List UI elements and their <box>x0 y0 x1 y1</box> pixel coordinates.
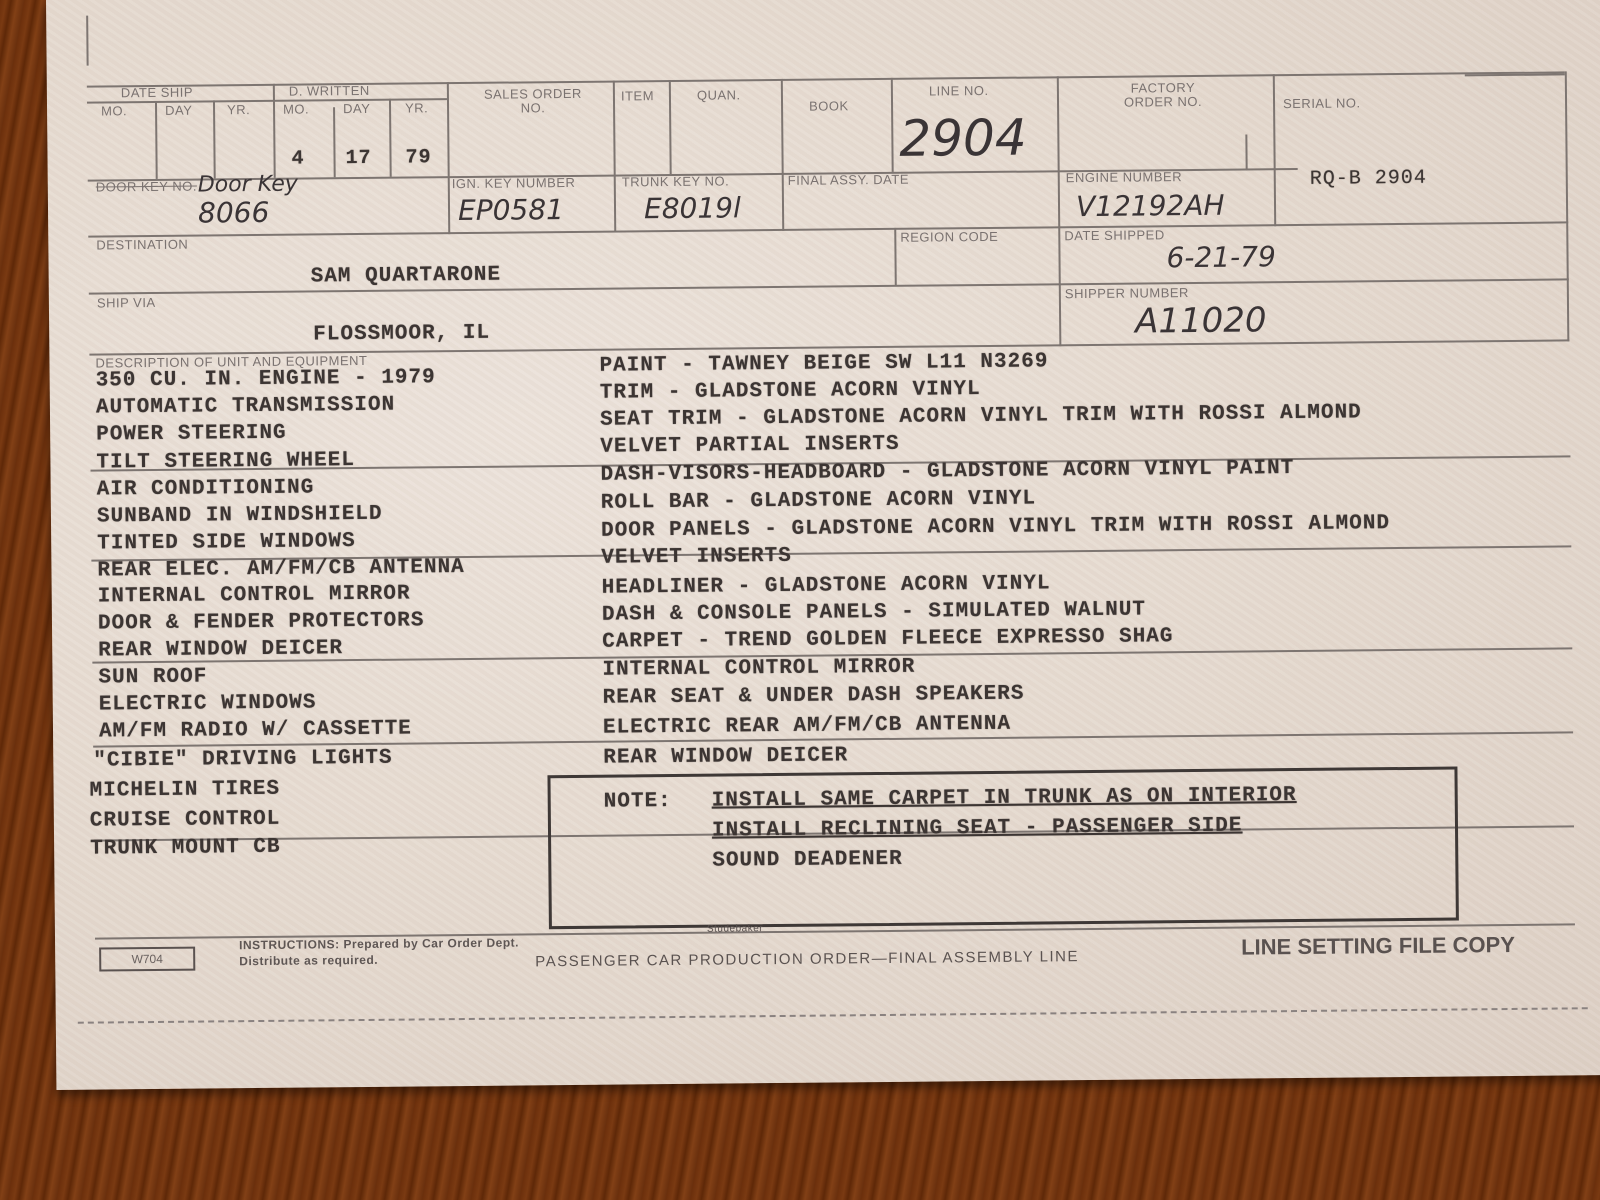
trim-item: VELVET INSERTS <box>601 545 792 570</box>
rule <box>155 101 158 179</box>
ship-via-value: FLOSSMOOR, IL <box>313 322 490 347</box>
brand-mark: Studebaker <box>707 923 763 935</box>
equipment-item: AIR CONDITIONING <box>97 476 315 501</box>
serial-no-label: SERIAL NO. <box>1283 95 1361 111</box>
trim-item: SEAT TRIM - GLADSTONE ACORN VINYL TRIM W… <box>600 401 1362 431</box>
door-key-note: Door Key <box>198 172 298 198</box>
distribution-text: Distribute as required. <box>239 953 378 968</box>
equipment-item: TRUNK MOUNT CB <box>90 836 281 861</box>
note-label: NOTE: <box>604 790 672 814</box>
ign-key-value: EP0581 <box>458 193 564 227</box>
rule <box>1565 71 1570 341</box>
rule <box>213 100 216 178</box>
trim-item: ELECTRIC REAR AM/FM/CB ANTENNA <box>603 713 1011 740</box>
ign-key-label: IGN. KEY NUMBER <box>452 175 576 191</box>
rule <box>1057 76 1062 346</box>
copy-type: LINE SETTING FILE COPY <box>1241 932 1515 961</box>
perforation-line <box>78 1007 1588 1023</box>
written-mo-label: MO. <box>283 101 309 116</box>
equipment-item: ELECTRIC WINDOWS <box>99 691 317 716</box>
date-shipped-field-label: DATE SHIPPED <box>1064 227 1165 243</box>
equipment-item: AM/FM RADIO W/ CASSETTE <box>99 718 412 744</box>
trim-item: CARPET - TREND GOLDEN FLEECE EXPRESSO SH… <box>602 625 1173 653</box>
trim-item: TRIM - GLADSTONE ACORN VINYL <box>600 378 981 405</box>
door-key-value: 8066 <box>198 196 270 230</box>
written-day-label: DAY <box>343 101 370 116</box>
date-written-label: D. WRITTEN <box>289 83 370 99</box>
equipment-item: REAR WINDOW DEICER <box>98 637 343 662</box>
trim-item: HEADLINER - GLADSTONE ACORN VINYL <box>602 572 1051 599</box>
equipment-item: TILT STEERING WHEEL <box>96 449 355 474</box>
trim-item: INTERNAL CONTROL MIRROR <box>602 656 915 682</box>
form-code: W704 <box>99 947 195 972</box>
rule <box>669 80 672 174</box>
region-code-label: REGION CODE <box>900 229 998 245</box>
destination-value: SAM QUARTARONE <box>311 264 502 289</box>
instructions-text: INSTRUCTIONS: Prepared by Car Order Dept… <box>239 936 519 953</box>
equipment-item: POWER STEERING <box>96 422 287 447</box>
engine-number-label: ENGINE NUMBER <box>1066 169 1182 185</box>
ship-mo-label: MO. <box>101 103 127 118</box>
serial-no-value: RQ-B 2904 <box>1310 167 1427 191</box>
destination-label: DESTINATION <box>96 237 188 253</box>
equipment-item: INTERNAL CONTROL MIRROR <box>98 583 411 609</box>
rule <box>447 82 450 234</box>
trim-item: REAR SEAT & UNDER DASH SPEAKERS <box>603 683 1025 710</box>
ship-via-label: SHIP VIA <box>97 295 156 311</box>
equipment-item: DOOR & FENDER PROTECTORS <box>98 609 425 635</box>
item-label: ITEM <box>621 88 654 103</box>
date-shipped-value: 6-21-79 <box>1166 240 1276 274</box>
equipment-item: CRUISE CONTROL <box>90 808 281 833</box>
trim-item: REAR WINDOW DEICER <box>603 744 848 769</box>
quan-label: QUAN. <box>697 87 741 102</box>
line-no-value: 2904 <box>899 109 1027 168</box>
sales-order-label: SALES ORDER NO. <box>473 87 593 116</box>
equipment-item: "CIBIE" DRIVING LIGHTS <box>93 747 392 773</box>
equipment-item: SUNBAND IN WINDSHIELD <box>97 503 383 529</box>
rule <box>273 84 276 178</box>
trim-item: DASH & CONSOLE PANELS - SIMULATED WALNUT <box>602 598 1146 626</box>
equipment-item: SUN ROOF <box>98 665 207 689</box>
factory-order-label: FACTORY ORDER NO. <box>1113 81 1213 110</box>
form-title: PASSENGER CAR PRODUCTION ORDER—FINAL ASS… <box>535 948 1079 970</box>
rule <box>1273 74 1276 226</box>
trunk-key-label: TRUNK KEY NO. <box>622 173 730 189</box>
final-assy-label: FINAL ASSY. DATE <box>788 172 909 188</box>
equipment-item: 350 CU. IN. ENGINE - 1979 <box>96 366 436 392</box>
written-day-value: 17 <box>345 147 371 170</box>
ship-day-label: DAY <box>165 103 192 118</box>
rule <box>88 221 1568 237</box>
written-mo-value: 4 <box>291 148 304 171</box>
date-shipped-label: DATE SHIP <box>121 85 193 101</box>
production-order-sheet: DATE SHIP D. WRITTEN MO. DAY YR. MO. DAY… <box>46 0 1600 1090</box>
corner-mark <box>86 16 88 66</box>
equipment-item: AUTOMATIC TRANSMISSION <box>96 394 395 420</box>
shipper-number-value: A11020 <box>1135 300 1267 341</box>
door-key-label: DOOR KEY NO. <box>96 179 197 195</box>
ship-yr-label: YR. <box>227 102 250 117</box>
trunk-key-value: E8019l <box>644 191 741 225</box>
shipper-number-label: SHIPPER NUMBER <box>1065 285 1189 301</box>
trim-item: PAINT - TAWNEY BEIGE SW L11 N3269 <box>599 350 1048 377</box>
trim-item: ROLL BAR - GLADSTONE ACORN VINYL <box>601 488 1036 515</box>
note-line: SOUND DEADENER <box>712 848 903 873</box>
line-no-label: LINE NO. <box>929 83 989 99</box>
rule <box>781 79 784 231</box>
trim-item: DASH-VISORS-HEADBOARD - GLADSTONE ACORN … <box>600 457 1294 487</box>
rule <box>389 99 392 177</box>
rule <box>333 107 336 177</box>
equipment-item: MICHELIN TIRES <box>89 778 280 803</box>
book-label: BOOK <box>809 98 849 113</box>
rule <box>1245 134 1247 168</box>
rule <box>891 78 894 172</box>
trim-item: DOOR PANELS - GLADSTONE ACORN VINYL TRIM… <box>601 512 1390 543</box>
written-yr-label: YR. <box>405 100 428 115</box>
trim-item: VELVET PARTIAL INSERTS <box>600 433 899 459</box>
written-yr-value: 79 <box>405 146 431 169</box>
rule <box>613 81 616 233</box>
engine-number-value: V12192AH <box>1076 189 1225 223</box>
equipment-item: REAR ELEC. AM/FM/CB ANTENNA <box>97 556 464 583</box>
equipment-item: TINTED SIDE WINDOWS <box>97 530 356 555</box>
rule <box>894 228 897 286</box>
